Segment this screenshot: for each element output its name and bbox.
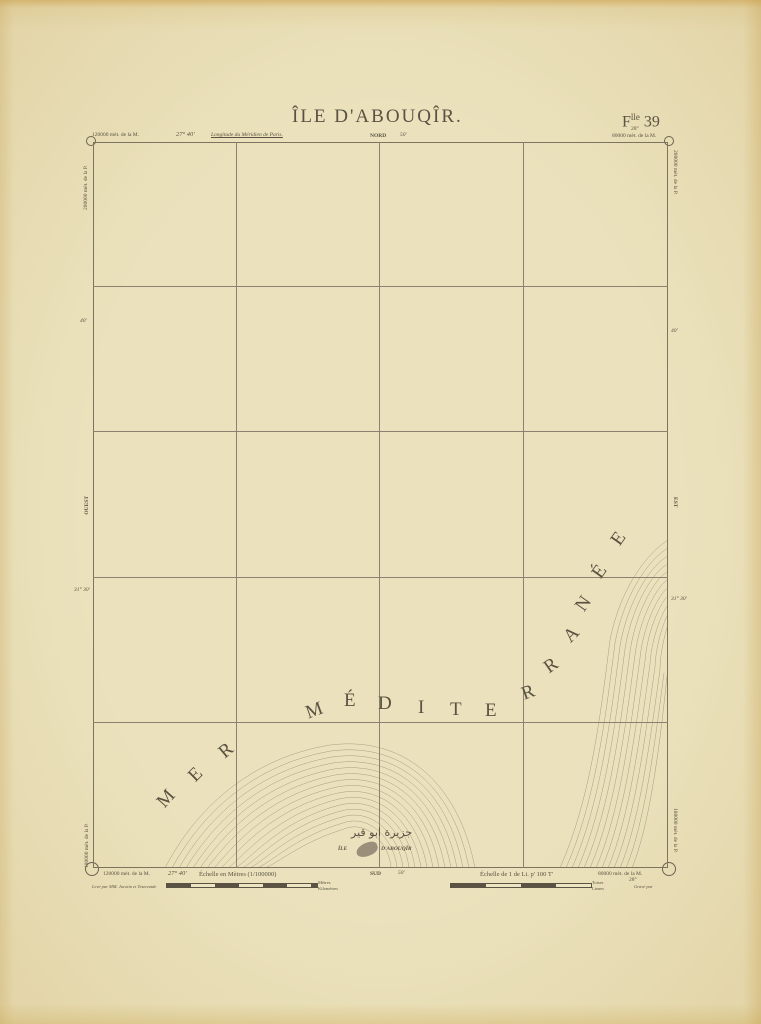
shoal-abouqir	[165, 744, 475, 868]
scale-km-units: Kilomètres	[318, 886, 338, 891]
sea-letter-6: D	[378, 693, 392, 715]
scale-bar-meters	[166, 883, 318, 888]
engraver-left: Levé par MM. Jacotin et Testevuide	[92, 884, 156, 889]
bottom-left-meters: 120000 mèt. de la M.	[103, 871, 150, 877]
engraver-right: Gravé par	[634, 884, 653, 889]
shoal-east	[560, 540, 668, 868]
scale-lieues-label: Échelle de 1 de Li. p' 100 T'	[480, 871, 553, 878]
scale-lieues-units: Lieues	[592, 886, 604, 891]
bottom-left-longitude: 27° 40'	[168, 870, 187, 877]
sea-letter-7: I	[418, 697, 424, 719]
scale-bar-lieues	[450, 883, 592, 888]
island-label-left: ÎLE	[338, 846, 347, 852]
island-arabic-label: جزيرة ابو قير	[351, 826, 412, 839]
sea-letter-9: E	[485, 700, 497, 722]
bottom-center-longitude: 50'	[398, 870, 405, 876]
sea-letter-8: T	[450, 699, 462, 721]
sea-letter-5: É	[344, 690, 356, 712]
bottom-right-longitude: 28°	[629, 877, 637, 883]
scale-meters-units: Mètres	[318, 880, 331, 885]
scale-toises-units: Toises	[592, 880, 603, 885]
south-label: SUD	[370, 871, 381, 877]
scale-meters-label: Échelle en Mètres (1/100000)	[199, 871, 276, 878]
island-label-right: D'ABOUQÎR	[381, 846, 412, 852]
